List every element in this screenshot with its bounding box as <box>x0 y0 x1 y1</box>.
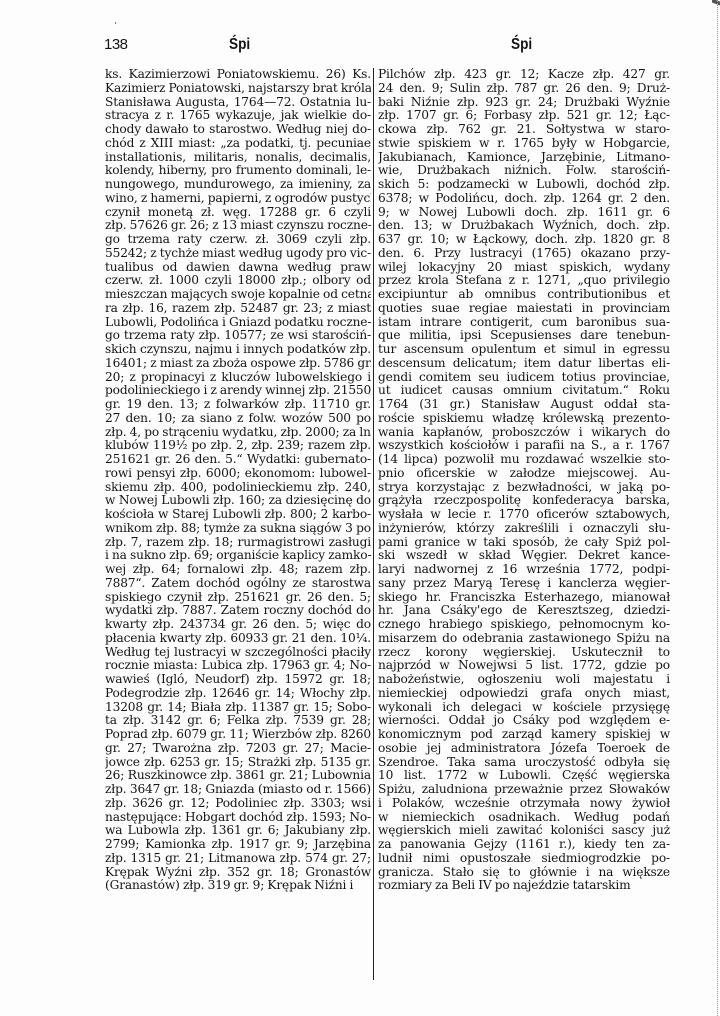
text-line: 10 list. 1772 w Lubowli. Część węgierska <box>378 769 670 783</box>
text-line: Podegrodzie złp. 12646 gr. 14; Włochy zł… <box>105 687 371 701</box>
text-line: 26; Ruszkinowce złp. 3861 gr. 21; Lubown… <box>105 769 371 783</box>
text-line: sany przez Maryą Teresę i kanclerza węgi… <box>378 577 670 591</box>
text-line: złp. 4, po strąceniu wydatku, złp. 2000;… <box>105 426 371 440</box>
text-line: que militia, ipsi Scepusienses dare tene… <box>378 329 670 343</box>
text-line: 637 gr. 10; w Łąckowy, doch. złp. 1820 g… <box>378 233 670 247</box>
text-line: Lubowli, Podolińca i Gniazd podatku rocz… <box>105 316 371 330</box>
text-line: wydatki złp. 7887. Zatem roczny dochód d… <box>105 604 371 618</box>
text-line: gr. 27; Twarożna złp. 7203 gr. 27; Macie… <box>105 742 371 756</box>
text-line: nungowego, mundurowego, za imieniny, za <box>105 178 371 192</box>
text-line: pami granice w taki sposób, że cały Śpiż… <box>378 536 670 550</box>
text-line: rozmiary za Beli IV po najeździe tatarsk… <box>378 879 670 893</box>
text-line: ski wszedł w skład Węgier. Dekret kance- <box>378 549 670 563</box>
text-line: wej złp. 64; fornalowi złp. 48; razem zł… <box>105 563 371 577</box>
text-line: konomicznym pod zarząd kamery spiskiej w <box>378 728 670 742</box>
text-line: stwie spiskiem w r. 1765 były w Hobgarci… <box>378 137 670 151</box>
text-line: czynił monetą zł. węg. 17288 gr. 6 czyli <box>105 206 371 220</box>
column-divider-rule <box>373 68 374 980</box>
text-line: roście spiskiemu władzę królewską prezen… <box>378 412 670 426</box>
text-line: skich 5: podzamecki w Lubowli, dochód zł… <box>378 178 670 192</box>
text-line: skich czynszu, najmu i innych podatków z… <box>105 343 371 357</box>
text-line: 20; z propinacyi z kluczów lubowelskiego… <box>105 371 371 385</box>
text-line: jowce złp. 6253 gr. 15; Strażki złp. 513… <box>105 756 371 770</box>
text-line: złp. 3647 gr. 18; Gniazda (miasto od r. … <box>105 783 371 797</box>
text-line: (14 lipca) pozwolił mu rozdawać wszelkie… <box>378 453 670 467</box>
text-line: 24 den. 9; Sulin złp. 787 gr. 26 den. 9;… <box>378 82 670 96</box>
text-line: go trzema raty złp. 10577; ze wsi staroś… <box>105 329 371 343</box>
text-line: ut iudicet causas omnium civitatum.“ Rok… <box>378 384 670 398</box>
text-line: Krępak Wyźni złp. 352 gr. 18; Gronastów <box>105 866 371 880</box>
text-line: wierności. Oddał jo Csáky pod względem e… <box>378 714 670 728</box>
text-line: gr. 19 den. 13; z folwarków złp. 11710 g… <box>105 398 371 412</box>
text-line: złp. 1315 gr. 21; Litmanowa złp. 574 gr.… <box>105 852 371 866</box>
text-line: niemieckiej odpowiedzi grafa onych miast… <box>378 687 670 701</box>
text-line: rocznie miasta: Lubica złp. 17963 gr. 4;… <box>105 659 371 673</box>
text-line: wilej lokacyjny 20 miast spiskich, wydan… <box>378 261 670 275</box>
left-text-column: ks. Kazimierzowi Poniatowskiemu. 26) Ks.… <box>105 68 371 893</box>
text-line: Stanisława Augusta, 1764—72. Ostatnia lu… <box>105 96 371 110</box>
text-line: granicza. Stało się to głównie i na więk… <box>378 866 670 880</box>
text-line: Według tej lustracyi w szczególności pła… <box>105 646 371 660</box>
text-line: quoties suae regiae maiestati in provinc… <box>378 302 670 316</box>
text-line: Pilchów złp. 423 gr. 12; Kacze złp. 427 … <box>378 68 670 82</box>
text-line: misarzem do odebrania zastawionego Śpiżu… <box>378 632 670 646</box>
text-line: pnio oficerskie w załodze miejscowej. Au… <box>378 467 670 481</box>
text-line: chód z XIII miast: „za podatki, tj. pecu… <box>105 137 371 151</box>
text-line: 9; w Nowej Lubowli doch. złp. 1611 gr. 6 <box>378 206 670 220</box>
text-line: laryi nadwornej z 16 września 1772, podp… <box>378 563 670 577</box>
text-line: ta złp. 3142 gr. 6; Felka złp. 7539 gr. … <box>105 714 371 728</box>
text-line: Szendroe. Taka sama uroczystość odbyła s… <box>378 756 670 770</box>
text-line: kolendy, hiberny, pro frumento dominali,… <box>105 164 371 178</box>
page-edge-line <box>716 0 718 1016</box>
text-line: grążyła rzeczpospolitę konfederacya bars… <box>378 494 670 508</box>
text-line: 16401; z miast za zboża ospowe złp. 5786… <box>105 357 371 371</box>
text-line: go trzema raty czerw. zł. 3069 czyli złp… <box>105 233 371 247</box>
text-line: hr. Jana Csáky'ego de Keresztszeg, dzied… <box>378 604 670 618</box>
scan-speck <box>115 22 116 24</box>
text-line: skiemu złp. 400, podolinieckiemu złp. 24… <box>105 481 371 495</box>
text-line: najprzód w Nowejwsi 5 list. 1772, gdzie … <box>378 659 670 673</box>
text-line: ckowa złp. 762 gr. 21. Sołtystwa w staro… <box>378 123 670 137</box>
text-line: gendi comitem seu iudicem totius provinc… <box>378 371 670 385</box>
text-line: wykonali ich delegaci w kościele przysię… <box>378 701 670 715</box>
text-line: płacenia kwarty złp. 60933 gr. 21 den. 1… <box>105 632 371 646</box>
text-line: installationis, militaris, nonalis, deci… <box>105 151 371 165</box>
running-head-right: Śpi <box>511 36 532 54</box>
running-head-left: Śpi <box>229 36 250 54</box>
text-line: ks. Kazimierzowi Poniatowskiemu. 26) Ks. <box>105 68 371 82</box>
text-line: rowi pensyi złp. 6000; ekonomom: lubowel… <box>105 467 371 481</box>
text-line: 7887“. Zatem dochód ogólny ze starostwa <box>105 577 371 591</box>
text-line: 55242; z tychże miast według ugody pro v… <box>105 247 371 261</box>
page-number: 138 <box>104 36 128 53</box>
text-line: kościoła w Starej Lubowli złp. 800; 2 ka… <box>105 508 371 522</box>
text-line: 1764 (31 gr.) Stanisław August oddał sta… <box>378 398 670 412</box>
text-line: den. 13; w Drużbakach Wyźnich, doch. złp… <box>378 219 670 233</box>
text-line: wawieś (Igló, Neudorf) złp. 15972 gr. 18… <box>105 673 371 687</box>
text-line: tualibus od dawien dawna według praw <box>105 261 371 275</box>
text-line: węgierskich mieli zawitać koloniści sasc… <box>378 824 670 838</box>
text-line: Śpiżu, zaludniona przeważnie przez Słowa… <box>378 783 670 797</box>
text-line: excipiuntur ab omnibus contributionibus … <box>378 288 670 302</box>
text-line: mieszczan mających swoje kopalnie od cet… <box>105 288 371 302</box>
text-line: ra złp. 16, razem złp. 52487 gr. 23; z m… <box>105 302 371 316</box>
text-line: rzecz korony węgierskiej. Uskutecznił to <box>378 646 670 660</box>
text-line: wszystkich kościołów i parafii na Ś., a … <box>378 439 670 453</box>
text-line: w niemieckich osadnikach. Według podań <box>378 811 670 825</box>
text-line: istam intrare contigerit, cum baronibus … <box>378 316 670 330</box>
text-line: podolinieckiego i z arendy winnej złp. 2… <box>105 384 371 398</box>
text-line: czerw. zł. 1000 czyli 18000 złp.; olbory… <box>105 274 371 288</box>
text-line: 27 den. 10; za siano z folw. wozów 500 p… <box>105 412 371 426</box>
text-line: strya korzystając z bezwładności, w jaką… <box>378 481 670 495</box>
text-line: den. 6. Przy lustracyi (1765) okazano pr… <box>378 247 670 261</box>
scanned-page: 138 Śpi Śpi ks. Kazimierzowi Poniatowski… <box>0 0 720 1016</box>
text-line: baki Niźnie złp. 923 gr. 24; Drużbaki Wy… <box>378 96 670 110</box>
text-line: (Granastów) złp. 319 gr. 9; Krępak Niźni… <box>105 879 371 893</box>
text-line: 2799; Kamionka złp. 1917 gr. 9; Jarzębin… <box>105 838 371 852</box>
text-line: Poprad złp. 6079 gr. 11; Wierzbów złp. 8… <box>105 728 371 742</box>
text-line: 251621 gr. 26 den. 5.“ Wydatki: gubernat… <box>105 453 371 467</box>
text-line: wysłała w lecie r. 1770 oficerów sztabow… <box>378 508 670 522</box>
text-line: złp. 1707 gr. 6; Forbasy złp. 521 gr. 12… <box>378 109 670 123</box>
text-line: 6378; w Podolińcu, doch. złp. 1264 gr. 2… <box>378 192 670 206</box>
page-header: 138 Śpi Śpi <box>104 36 672 60</box>
text-line: ludnił nimi opustoszałe siedmiogrodzkie … <box>378 852 670 866</box>
text-line: za panowania Gejzy (1161 r.), kiedy ten … <box>378 838 670 852</box>
text-line: skiego hr. Franciszka Esterhazego, miano… <box>378 591 670 605</box>
text-line: wie, Drużbakach niźnich. Folw. starościń… <box>378 164 670 178</box>
text-line: i Polaków, wcześnie otrzymała nowy żywio… <box>378 797 670 811</box>
text-line: descensum delicatum; item datur libertas… <box>378 357 670 371</box>
text-line: Kazimierz Poniatowski, najstarszy brat k… <box>105 82 371 96</box>
text-line: złp. 3626 gr. 12; Podoliniec złp. 3303; … <box>105 797 371 811</box>
text-line: wania kapłanów, proboszczów i wikarych d… <box>378 426 670 440</box>
text-line: Jakubianach, Kamionce, Jarzębinie, Litma… <box>378 151 670 165</box>
text-line: złp. 57626 gr. 26; z 13 miast czynszu ro… <box>105 219 371 233</box>
text-line: przez krola Stefana z r. 1271, „quo priv… <box>378 274 670 288</box>
text-line: wa Lubowla złp. 1361 gr. 6; Jakubiany zł… <box>105 824 371 838</box>
text-line: tur ascensum opulentum et simul in egres… <box>378 343 670 357</box>
text-line: 13208 gr. 14; Biała złp. 11387 gr. 15; S… <box>105 701 371 715</box>
text-line: w Nowej Lubowli złp. 160; za dziesięcinę… <box>105 494 371 508</box>
text-line: stracya z r. 1765 wykazuje, jak wielkie … <box>105 109 371 123</box>
text-line: wino, z hamerni, papierni, z ogrodów pus… <box>105 192 371 206</box>
text-line: spiskiego czynił złp. 251621 gr. 26 den.… <box>105 591 371 605</box>
right-text-column: Pilchów złp. 423 gr. 12; Kacze złp. 427 … <box>378 68 670 893</box>
text-line: złp. 7, razem złp. 18; rurmagistrowi zas… <box>105 536 371 550</box>
text-line: nabożeństwie, ogłoszeniu woli majestatu … <box>378 673 670 687</box>
text-line: chody dawało to starostwo. Według niej d… <box>105 123 371 137</box>
text-line: kwarty złp. 243734 gr. 26 den. 5; więc d… <box>105 618 371 632</box>
text-line: następujące: Hobgart dochód złp. 1593; N… <box>105 811 371 825</box>
text-line: inżynierów, którzy zakreślili i oznaczyl… <box>378 522 670 536</box>
text-line: osobie jej administratora Józefa Toeroek… <box>378 742 670 756</box>
text-line: i na sukno złp. 69; organiście kaplicy z… <box>105 549 371 563</box>
text-line: klubów 119½ po złp. 2, złp. 239; razem z… <box>105 439 371 453</box>
text-line: cznego hrabiego spiskiego, pełnomocnym k… <box>378 618 670 632</box>
text-line: wnikom złp. 88; tymże za sukna siągów 3 … <box>105 522 371 536</box>
